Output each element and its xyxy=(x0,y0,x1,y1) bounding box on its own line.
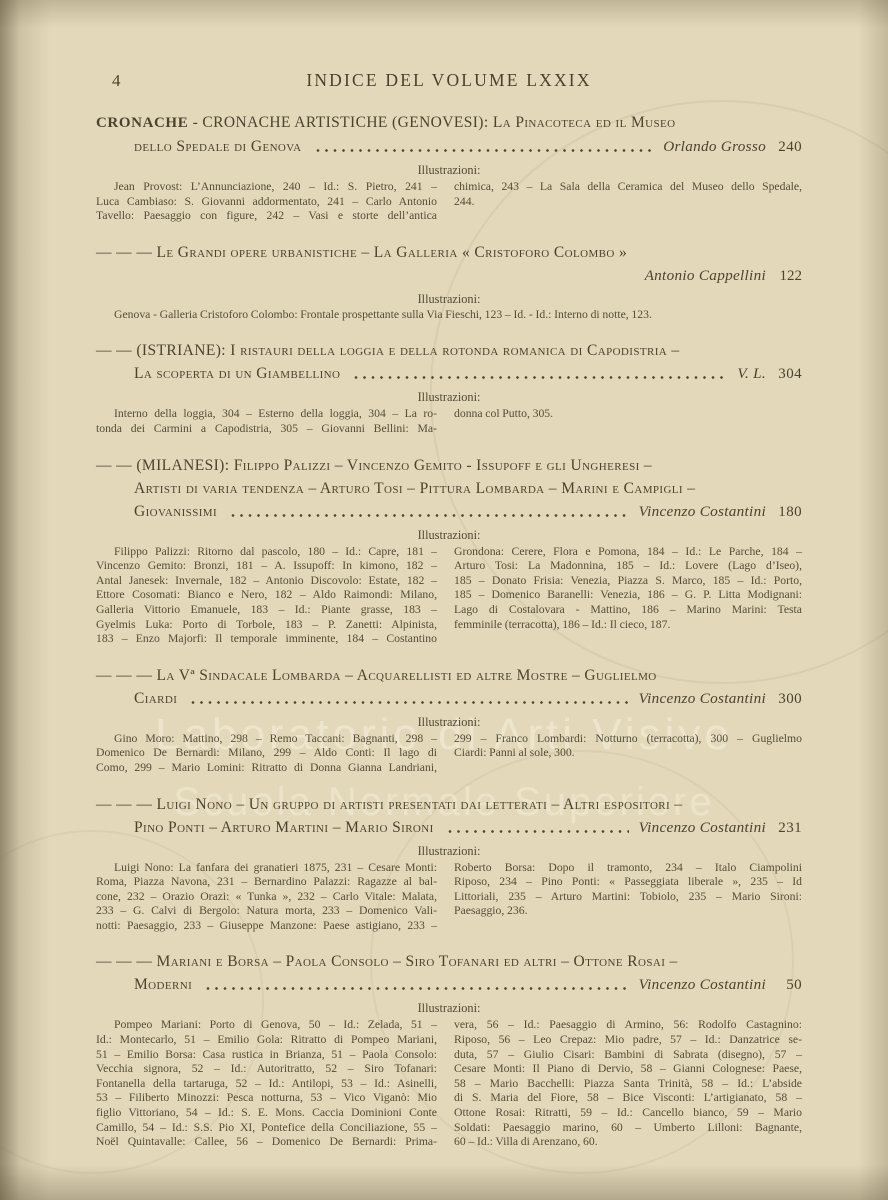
caption-line: chimica, 243 – La Sala della Ceramica de… xyxy=(454,180,802,195)
leader-dots xyxy=(316,148,654,153)
illustration-column-left: Filippo Palizzi: Ritorno dal pascolo, 18… xyxy=(96,545,437,647)
caption-line: Filippo Palizzi: Ritorno dal pascolo, 18… xyxy=(96,545,437,560)
illustration-columns: Filippo Palizzi: Ritorno dal pascolo, 18… xyxy=(96,545,802,647)
caption-line: notti: Paesaggio, 233 – Giuseppe Manzone… xyxy=(96,919,437,934)
index-entry: — — — Le Grandi opere urbanistiche – La … xyxy=(96,241,802,323)
caption-line: Ciardi: Panni al sole, 300. xyxy=(454,746,802,761)
author-name: Vincenzo Costantini xyxy=(639,500,766,523)
caption-line: Roberto Borsa: Dopo il tramonto, 234 – I… xyxy=(454,861,802,876)
caption-line: donna col Putto, 305. xyxy=(454,407,802,422)
caption-line: Roma, Piazza Navona, 231 – Bernardino Pa… xyxy=(96,875,437,890)
entry-heading-line: — — — Le Grandi opere urbanistiche – La … xyxy=(96,241,802,264)
entry-heading-text: — — — Mariani e Borsa – Paola Consolo – … xyxy=(96,950,678,973)
caption-line: Littoriali, 235 – Arturo Martini: Tobiol… xyxy=(454,890,802,905)
caption-line: femminile (terracotta), 186 – Id.: Il ci… xyxy=(454,618,802,633)
caption-line: tonda dei Carmini a Capodistria, 305 – G… xyxy=(96,422,437,437)
index-entry: — — — La Vª Sindacale Lombarda – Acquare… xyxy=(96,664,802,776)
entry-heading-text: dello Spedale di Genova xyxy=(134,135,302,158)
caption-line: Arturo Tosi: La Madonnina, 185 – Id.: Lo… xyxy=(454,559,802,574)
caption-line: 244. xyxy=(454,195,802,210)
caption-line: Pompeo Mariani: Porto di Genova, 50 – Id… xyxy=(96,1018,437,1033)
caption-line: Id.: Montecarlo, 51 – Emilio Gola: Ritra… xyxy=(96,1033,437,1048)
page-content: 4 INDICE DEL VOLUME LXXIX CRONACHE - CRO… xyxy=(96,70,802,1150)
page-reference: 122 xyxy=(766,265,802,288)
caption-line: 51 – Emilio Borsa: Casa rustica in Brian… xyxy=(96,1048,437,1063)
entry-heading-text: — — — La Vª Sindacale Lombarda – Acquare… xyxy=(96,664,657,687)
caption-line: Tavello: Paesaggio con figure, 242 – Vas… xyxy=(96,209,437,224)
caption-line: Ettore Cosomati: Bianco e Nero, 182 – Al… xyxy=(96,588,437,603)
caption-line: Riposo, 56 – Leo Crepaz: Mio padre, 57 –… xyxy=(454,1033,802,1048)
entry-heading-text: — — (MILANESI): Filippo Palizzi – Vincen… xyxy=(96,454,652,477)
page-title: INDICE DEL VOLUME LXXIX xyxy=(96,70,802,91)
illustrations-label: Illustrazioni: xyxy=(96,528,802,542)
entry-heading-text: Giovanissimi xyxy=(134,500,217,523)
caption-line: Luca Cambiaso: S. Giovanni addormentato,… xyxy=(96,195,437,210)
index-entry: — — — Luigi Nono – Un gruppo di artisti … xyxy=(96,793,802,934)
author-name: Antonio Cappellini xyxy=(645,264,766,287)
illustration-column-left: Jean Provost: L’Annunciazione, 240 – Id.… xyxy=(96,180,437,224)
illustration-columns: Luigi Nono: La fanfara dei granatieri 18… xyxy=(96,861,802,934)
entry-heading-line: ModerniVincenzo Costantini50 xyxy=(96,973,802,997)
illustrations-label: Illustrazioni: xyxy=(96,292,802,306)
index-entry: CRONACHE - CRONACHE ARTISTICHE (GENOVESI… xyxy=(96,111,802,224)
illustration-columns: Gino Moro: Mattino, 298 – Remo Taccani: … xyxy=(96,732,802,776)
caption-line: Gyelmis Luka: Porto di Torbole, 183 – P.… xyxy=(96,618,437,633)
entry-heading-text: Moderni xyxy=(134,973,192,996)
entry-heading-line: — — — La Vª Sindacale Lombarda – Acquare… xyxy=(96,664,802,687)
caption-line: Gino Moro: Mattino, 298 – Remo Taccani: … xyxy=(96,732,437,747)
illustration-columns: Jean Provost: L’Annunciazione, 240 – Id.… xyxy=(96,180,802,224)
entry-heading-text: — — — Le Grandi opere urbanistiche – La … xyxy=(96,241,627,264)
leader-dots xyxy=(191,700,628,705)
illustration-column-left: Gino Moro: Mattino, 298 – Remo Taccani: … xyxy=(96,732,437,776)
caption-line: Domenico De Bernardi: Milano, 299 – Aldo… xyxy=(96,746,437,761)
caption-line: di S. Maria del Fiore, 58 – Bice Viscont… xyxy=(454,1091,802,1106)
caption-line: 53 – Filiberto Minozzi: Pesca notturna, … xyxy=(96,1091,437,1106)
entry-heading-text: Artisti di varia tendenza – Arturo Tosi … xyxy=(134,477,695,500)
illustration-columns: Interno della loggia, 304 – Esterno dell… xyxy=(96,407,802,436)
index-entry: — — (MILANESI): Filippo Palizzi – Vincen… xyxy=(96,454,802,647)
caption-line: Lago di Costalovara - Mattino, 186 – Mar… xyxy=(454,603,802,618)
caption-line: Como, 299 – Mario Lomini: Ritratto di Do… xyxy=(96,761,437,776)
entry-heading-line: CiardiVincenzo Costantini300 xyxy=(96,687,802,711)
illustration-columns: Pompeo Mariani: Porto di Genova, 50 – Id… xyxy=(96,1018,802,1149)
illustration-column-left: Luigi Nono: La fanfara dei granatieri 18… xyxy=(96,861,437,934)
illustrations-label: Illustrazioni: xyxy=(96,844,802,858)
page-reference: 231 xyxy=(766,817,802,840)
entry-heading-text: — — (ISTRIANE): I ristauri della loggia … xyxy=(96,339,680,362)
author-name: Vincenzo Costantini xyxy=(639,816,766,839)
illustration-column-right: Roberto Borsa: Dopo il tramonto, 234 – I… xyxy=(454,861,802,934)
entry-heading-line: CRONACHE - CRONACHE ARTISTICHE (GENOVESI… xyxy=(96,111,802,135)
leader-dots xyxy=(354,375,727,380)
illustration-column-left: Pompeo Mariani: Porto di Genova, 50 – Id… xyxy=(96,1018,437,1149)
entry-author-line: Antonio Cappellini122 xyxy=(96,264,802,288)
illustration-column-right: vera, 56 – Id.: Paesaggio di Armino, 56:… xyxy=(454,1018,802,1149)
caption-line: Noël Quintavalle: Callee, 56 – Domenico … xyxy=(96,1135,437,1150)
illustrations-label: Illustrazioni: xyxy=(96,390,802,404)
caption-line: Paesaggio, 236. xyxy=(454,904,802,919)
index-entry: — — — Mariani e Borsa – Paola Consolo – … xyxy=(96,950,802,1149)
caption-line: Camillo, 54 – Id.: S.S. Pio XI, Pontefic… xyxy=(96,1121,437,1136)
entry-heading-line: — — — Luigi Nono – Un gruppo di artisti … xyxy=(96,793,802,816)
page-reference: 300 xyxy=(766,688,802,711)
illustration-column-right: donna col Putto, 305. xyxy=(454,407,802,436)
caption-line: figlio Vittoriano, 54 – Id.: S. E. Mons.… xyxy=(96,1106,437,1121)
caption-line: cone, 232 – Orazio Orazi: « Tunka », 232… xyxy=(96,890,437,905)
caption-line: Luigi Nono: La fanfara dei granatieri 18… xyxy=(96,861,437,876)
leader-dots xyxy=(206,986,629,991)
author-name: Vincenzo Costantini xyxy=(639,973,766,996)
caption-line: 183 – Enzo Majorfi: Il temporale imminen… xyxy=(96,632,437,647)
entries: CRONACHE - CRONACHE ARTISTICHE (GENOVESI… xyxy=(96,111,802,1150)
caption-line: 299 – Franco Lombardi: Notturno (terraco… xyxy=(454,732,802,747)
entry-heading-line: — — (ISTRIANE): I ristauri della loggia … xyxy=(96,339,802,362)
page-reference: 240 xyxy=(766,136,802,159)
entry-heading-text: Ciardi xyxy=(134,687,177,710)
caption-line: vera, 56 – Id.: Paesaggio di Armino, 56:… xyxy=(454,1018,802,1033)
entry-heading-text: La scoperta di un Giambellino xyxy=(134,362,340,385)
caption-line: 185 – Donato Frisia: Venezia, Piazza S. … xyxy=(454,574,802,589)
caption-line: 60 – Id.: Villa di Arenzano, 60. xyxy=(454,1135,802,1150)
page-reference: 180 xyxy=(766,501,802,524)
caption-line: Cesare Monti: Il Piano di Dervio, 58 – G… xyxy=(454,1062,802,1077)
page-reference: 304 xyxy=(766,363,802,386)
illustration-column-right: Grondona: Cerere, Flora e Pomona, 184 – … xyxy=(454,545,802,647)
entry-heading-line: — — — Mariani e Borsa – Paola Consolo – … xyxy=(96,950,802,973)
illustrations-label: Illustrazioni: xyxy=(96,715,802,729)
author-name: V. L. xyxy=(737,362,766,385)
illustration-caption-line: Genova - Galleria Cristoforo Colombo: Fr… xyxy=(96,308,802,323)
caption-line: Galleria Vittorio Emanuele, 183 – Id.: P… xyxy=(96,603,437,618)
caption-line: duta, 57 – Giulio Cisari: Bambini di Sab… xyxy=(454,1048,802,1063)
author-name: Orlando Grosso xyxy=(663,135,766,158)
entry-heading-text: Pino Ponti – Arturo Martini – Mario Siro… xyxy=(134,816,434,839)
illustrations-label: Illustrazioni: xyxy=(96,1001,802,1015)
caption-line: Fontanella della tartaruga, 52 – Id.: An… xyxy=(96,1077,437,1092)
leader-dots xyxy=(448,829,629,834)
caption-line: Riposo, 234 – Pino Ponti: « Passeggiata … xyxy=(454,875,802,890)
entry-heading-line: Artisti di varia tendenza – Arturo Tosi … xyxy=(96,477,802,500)
caption-line: Vecchia signora, 52 – Id.: Autoritratto,… xyxy=(96,1062,437,1077)
page-number: 4 xyxy=(112,71,121,91)
caption-line: Grondona: Cerere, Flora e Pomona, 184 – … xyxy=(454,545,802,560)
entry-heading-line: — — (MILANESI): Filippo Palizzi – Vincen… xyxy=(96,454,802,477)
entry-heading-line: La scoperta di un GiambellinoV. L.304 xyxy=(96,362,802,386)
entry-heading-line: GiovanissimiVincenzo Costantini180 xyxy=(96,500,802,524)
illustration-column-right: 299 – Franco Lombardi: Notturno (terraco… xyxy=(454,732,802,776)
entry-heading-line: dello Spedale di GenovaOrlando Grosso240 xyxy=(96,135,802,159)
illustration-column-left: Interno della loggia, 304 – Esterno dell… xyxy=(96,407,437,436)
entry-heading-bold: CRONACHE xyxy=(96,112,188,135)
page-header: 4 INDICE DEL VOLUME LXXIX xyxy=(96,70,802,94)
scanned-index-page: Laboratorio di Arti Visive Scuola Normal… xyxy=(0,0,888,1200)
entry-heading-text: — — — Luigi Nono – Un gruppo di artisti … xyxy=(96,793,683,816)
illustrations-label: Illustrazioni: xyxy=(96,163,802,177)
page-reference: 50 xyxy=(766,974,802,997)
leader-dots xyxy=(231,513,629,518)
caption-line: Jean Provost: L’Annunciazione, 240 – Id.… xyxy=(96,180,437,195)
index-entry: — — (ISTRIANE): I ristauri della loggia … xyxy=(96,339,802,436)
caption-line: Soldati: Paesaggio marino, 60 – Umberto … xyxy=(454,1121,802,1136)
caption-line: 58 – Mario Bacchelli: Piazza Santa Trini… xyxy=(454,1077,802,1092)
entry-heading-text: - CRONACHE ARTISTICHE (GENOVESI): La Pin… xyxy=(188,111,675,134)
entry-heading-line: Pino Ponti – Arturo Martini – Mario Siro… xyxy=(96,816,802,840)
caption-line: Vincenzo Gemito: Bronzi, 181 – A. Issupo… xyxy=(96,559,437,574)
caption-line: Ottone Rosai: Ritratti, 59 – Id.: Cancel… xyxy=(454,1106,802,1121)
caption-line: Antal Janesek: Invernale, 182 – Antonio … xyxy=(96,574,437,589)
caption-line: 233 – G. Calvi di Bergolo: Natura morta,… xyxy=(96,904,437,919)
caption-line: 185 – Domenico Baranelli: Venezia, 186 –… xyxy=(454,588,802,603)
caption-line: Interno della loggia, 304 – Esterno dell… xyxy=(96,407,437,422)
illustration-column-right: chimica, 243 – La Sala della Ceramica de… xyxy=(454,180,802,224)
author-name: Vincenzo Costantini xyxy=(639,687,766,710)
